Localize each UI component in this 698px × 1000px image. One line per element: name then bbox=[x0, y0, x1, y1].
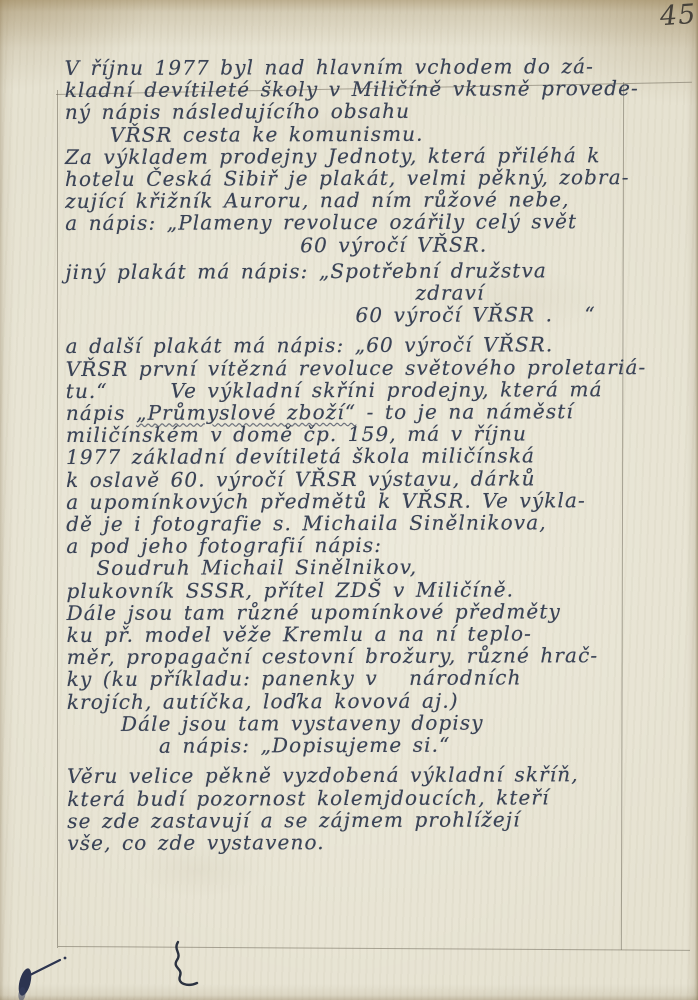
text-line: a pod jeho fotografií nápis: bbox=[66, 533, 651, 557]
page-number: 45 bbox=[659, 0, 697, 32]
text-line: nápis „Průmyslové zboží“ - to je na námě… bbox=[66, 400, 651, 424]
text-line: kladní devítileté školy v Miličíně vkusn… bbox=[65, 77, 650, 101]
text-line: jiný plakát má nápis: „Spotřební družstv… bbox=[65, 259, 650, 283]
handwritten-text: V říjnu 1977 byl nad hlavním vchodem do … bbox=[65, 55, 653, 854]
text-line: se zde zastavují a se zájmem prohlížejí bbox=[67, 808, 652, 832]
text-line: Věru velice pěkně vyzdobená výkladní skř… bbox=[67, 763, 652, 787]
text-line: která budí pozornost kolemjdoucích, kteř… bbox=[67, 785, 652, 809]
text-line: miličínském v domě čp. 159, má v říjnu bbox=[66, 422, 651, 446]
ink-blot bbox=[8, 940, 108, 1000]
text-line: Dále jsou tam vystaveny dopisy bbox=[67, 711, 652, 735]
text-line: krojích, autíčka, loďka kovová aj.) bbox=[67, 689, 652, 713]
pencil-border-left bbox=[57, 90, 58, 948]
text-line: měr, propagační cestovní brožury, různé … bbox=[67, 644, 652, 668]
text-line: plukovník SSSR, přítel ZDŠ v Miličíně. bbox=[66, 578, 651, 602]
text-line: 60 výročí VŘSR. bbox=[65, 233, 650, 257]
text-line: Dále jsou tam různé upomínkové předměty bbox=[67, 600, 652, 624]
text-line: a nápis: „Plameny revoluce ozářily celý … bbox=[65, 210, 650, 234]
text-line: a upomínkových předmětů k VŘSR. Ve výkla… bbox=[66, 489, 651, 513]
text-line: Soudruh Michail Sinělnikov, bbox=[66, 555, 651, 579]
text-line: ný nápis následujícího obsahu bbox=[65, 99, 650, 123]
text-line: a nápis: „Dopisujeme si.“ bbox=[67, 733, 652, 757]
ink-squiggle-mark bbox=[166, 938, 226, 1000]
text-line: ky (ku příkladu: panenky v národních bbox=[67, 666, 652, 690]
text-line: vše, co zde vystaveno. bbox=[67, 830, 652, 854]
text-line: 60 výročí VŘSR . “ bbox=[65, 303, 650, 327]
text-line: dě je i fotografie s. Michaila Sinělniko… bbox=[66, 511, 651, 535]
scanned-page: 45 V říjnu 1977 byl nad hlavním vchodem … bbox=[0, 0, 698, 1000]
pencil-border-bottom bbox=[58, 946, 690, 951]
wavy-underlined-text: „Průmyslové zboží“ bbox=[136, 400, 356, 425]
text-line: 1977 základní devítiletá škola miličínsk… bbox=[66, 444, 651, 468]
